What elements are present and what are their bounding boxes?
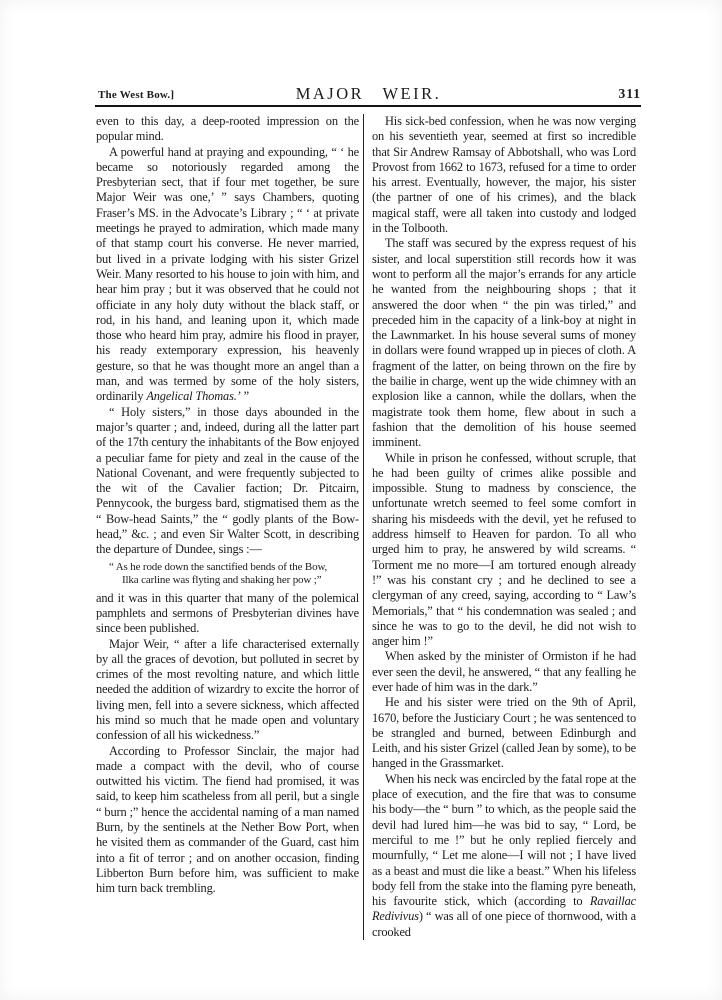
text-run: Major Weir, “ after a life characterised… xyxy=(96,637,359,743)
paragraph: and it was in this quarter that many of … xyxy=(96,591,359,637)
paragraph: When his neck was encircled by the fatal… xyxy=(372,772,636,940)
text-run: “ As he rode down the sanctified bends o… xyxy=(109,561,327,573)
text-run: ” xyxy=(241,389,249,403)
text-run: When his neck was encircled by the fatal… xyxy=(372,772,636,908)
paragraph: According to Professor Sinclair, the maj… xyxy=(96,744,359,897)
verse-line: Ilka carline was flyting and shaking her… xyxy=(96,574,359,588)
verse-line: “ As he rode down the sanctified bends o… xyxy=(96,561,359,575)
text-run: He and his sister were tried on the 9th … xyxy=(372,695,636,770)
paragraph: He and his sister were tried on the 9th … xyxy=(372,695,636,771)
text-run: His sick-bed confession, when he was now… xyxy=(372,114,636,235)
left-column: even to this day, a deep-rooted impressi… xyxy=(96,114,359,940)
text-run: “ Holy sisters,” in those days abounded … xyxy=(96,405,359,557)
paragraph: While in prison he confessed, without sc… xyxy=(372,451,636,650)
paragraph: The staff was secured by the express req… xyxy=(372,236,636,450)
right-column: His sick-bed confession, when he was now… xyxy=(363,114,636,940)
text-columns: even to this day, a deep-rooted impressi… xyxy=(96,114,642,940)
text-run: Ilka carline was flyting and shaking her… xyxy=(122,574,321,586)
text-run: The staff was secured by the express req… xyxy=(372,236,636,449)
page-number: 311 xyxy=(618,86,641,102)
text-run: While in prison he confessed, without sc… xyxy=(372,451,636,649)
header-rule xyxy=(95,105,641,107)
text-run: Angelical Thomas.’ xyxy=(146,389,240,403)
text-run: A powerful hand at praying and expoundin… xyxy=(96,145,359,404)
text-run: even to this day, a deep-rooted impressi… xyxy=(96,114,359,143)
paragraph: Major Weir, “ after a life characterised… xyxy=(96,637,359,744)
paragraph: A powerful hand at praying and expoundin… xyxy=(96,145,359,405)
paragraph: even to this day, a deep-rooted impressi… xyxy=(96,114,359,145)
text-run: and it was in this quarter that many of … xyxy=(96,591,359,636)
paragraph: When asked by the minister of Ormiston i… xyxy=(372,649,636,695)
page-header: The West Bow.] MAJOR WEIR. 311 xyxy=(96,84,641,104)
text-run: According to Professor Sinclair, the maj… xyxy=(96,744,359,896)
paragraph: “ Holy sisters,” in those days abounded … xyxy=(96,405,359,558)
paragraph: His sick-bed confession, when he was now… xyxy=(372,114,636,236)
book-page: The West Bow.] MAJOR WEIR. 311 even to t… xyxy=(0,0,722,1000)
page-title: MAJOR WEIR. xyxy=(96,84,641,104)
text-run: When asked by the minister of Ormiston i… xyxy=(372,649,636,694)
